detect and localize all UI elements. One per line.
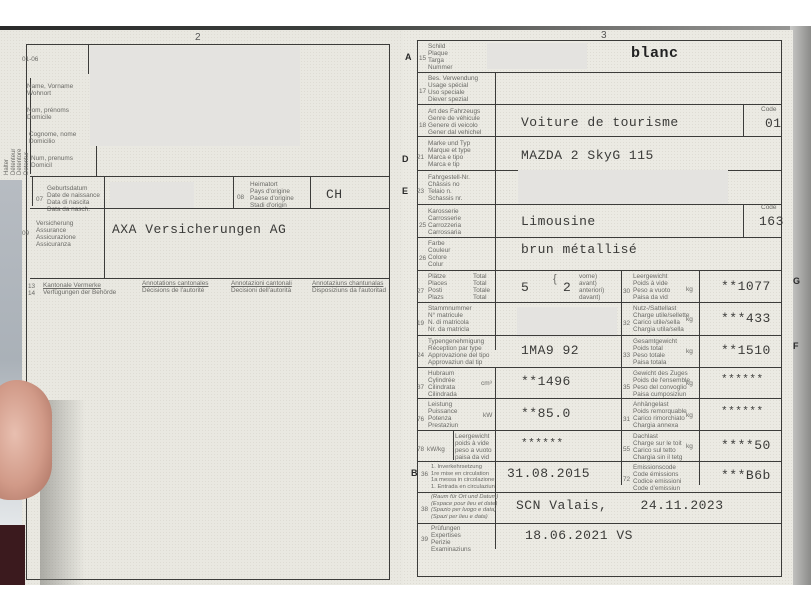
make-label: Marke und Typ Marque et type Marca e tip… (428, 140, 471, 168)
power-weight-label: Leergewicht poids à vide peso a vuoto pa… (455, 433, 492, 461)
matriculation-redacted (517, 307, 617, 337)
emission-code-num: 72 (623, 476, 630, 483)
unit-cm3: cm³ (481, 380, 492, 387)
make-model-value: MAZDA 2 SkyG 115 (521, 148, 654, 163)
total-weight-label: Gesamtgewicht Poids total Peso totale Pa… (633, 338, 677, 366)
matriculation-num: 19 (417, 320, 424, 327)
thumb (0, 380, 52, 500)
empty-weight-value: **1077 (721, 279, 771, 294)
seats-front-label: vorne) avant) anteriori) davant) (579, 273, 604, 301)
margin-letter-e: E (402, 186, 408, 196)
unit-kg: kg (686, 380, 693, 387)
background-top (0, 0, 811, 26)
empty-weight-num: 30 (623, 288, 630, 295)
name-label-rm: Num, prenums Domicil (31, 155, 73, 169)
seats-total-value: 5 (521, 280, 529, 295)
margin-letter-g: G (793, 276, 800, 286)
body-code-label: Code (761, 204, 777, 211)
field-01-label: 01-06 (22, 56, 38, 63)
power-weight-value: ****** (521, 438, 564, 450)
trailer-weight-num: 31 (623, 416, 630, 423)
annotation-rm-sub: Disposiziuns da l'autoritad (312, 287, 386, 294)
unit-kg: kg (686, 286, 693, 293)
seats-front-value: 2 (563, 280, 571, 295)
power-weight-num: 78 (417, 446, 424, 453)
make-num: 21 (417, 154, 424, 161)
place-date-label: (Raum für Ort und Datum) (Espace pour li… (431, 494, 498, 520)
train-weight-num: 35 (623, 384, 630, 391)
unit-kg: kg (686, 412, 693, 419)
matriculation-label: Stammnummer N° matricule N. di matricola… (428, 305, 472, 333)
seats-label: Plätze Places Posti Plazs (428, 273, 447, 301)
vehicle-type-value: Voiture de tourisme (521, 115, 679, 130)
insurance-num: 09 (22, 230, 29, 237)
body-value: Limousine (521, 214, 596, 229)
chassis-num: 23 (417, 188, 424, 195)
payload-value: ***433 (721, 311, 771, 326)
margin-letter-a: A (405, 52, 412, 62)
emission-code-value: ***B6b (721, 468, 771, 483)
unit-kg: kg (686, 348, 693, 355)
color-num: 26 (419, 255, 426, 262)
type-approval-label: Typengenehmigung Réception par type Appr… (428, 338, 489, 366)
margin-letter-b: B (411, 468, 418, 478)
vehicle-type-num: 18 (419, 122, 426, 129)
background-right (790, 26, 811, 586)
vehicle-type-code-label: Code (761, 106, 777, 113)
body-num: 25 (419, 222, 426, 229)
seats-brace: { (553, 275, 557, 284)
origin-value: CH (326, 187, 343, 202)
trailer-weight-label: Anhängelast Poids remorquable Carico rim… (633, 401, 687, 429)
name-label-fr: Nom, prénoms Domicile (27, 107, 69, 121)
birth-num: 07 (36, 196, 43, 203)
plate-label: Schild Plaque Targa Nummer (428, 43, 453, 71)
name-label-it: Cognome, nome Domicilio (29, 131, 76, 145)
type-approval-value: 1MA9 92 (521, 343, 579, 358)
page-right-vehicle: 3 A 15 Schild Plaque Targa Nummer blanc … (403, 30, 793, 586)
roof-load-num: 55 (623, 446, 630, 453)
train-weight-label: Gewicht des Zuges Poids de l'ensemble Pe… (633, 370, 690, 398)
trailer-weight-value: ****** (721, 406, 764, 418)
holder-side-label-2: Detentore Detentur (17, 149, 31, 175)
annotation-fr-sub: Décisions de l'autorité (142, 287, 204, 294)
color-label: Farbe Couleur Colore Colur (428, 240, 450, 268)
unit-kw: kW (483, 412, 492, 419)
inspections-label: Prüfungen Expertises Perizie Examinaziun… (431, 525, 471, 553)
insurance-value: AXA Versicherungen AG (112, 222, 286, 237)
power-num: 76 (417, 416, 424, 423)
page-number-left: 2 (195, 32, 201, 43)
seats-num: 27 (417, 288, 424, 295)
chassis-label: Fahrgestell-Nr. Châssis no Telaio n. Sch… (428, 174, 470, 202)
displacement-value: **1496 (521, 374, 571, 389)
margin-letter-f: F (793, 341, 799, 351)
inspections-value: 18.06.2021 VS (525, 528, 633, 543)
annotation-it-title: Annotazioni cantonali (231, 280, 292, 287)
annotations-num-13: 13 (28, 283, 35, 290)
vehicle-type-code: 01 (765, 116, 782, 131)
background-bottom (0, 585, 811, 608)
chassis-number-redacted (518, 170, 728, 204)
first-registration-num: 36 (421, 471, 428, 478)
plate-num: 15 (419, 55, 426, 62)
vehicle-type-label: Art des Fahrzeugs Genre de véhicule Gene… (428, 108, 481, 136)
color-value: brun métallisé (521, 242, 637, 257)
power-weight-left-label: kW/kg (427, 446, 445, 453)
special-use-num: 17 (419, 88, 426, 95)
place-date-value: SCN Valais, 24.11.2023 (516, 498, 724, 513)
total-weight-num: 33 (623, 352, 630, 359)
annotations-num-14: 14 (28, 290, 35, 297)
body-label: Karosserie Carrosserie Carrozzeria Carro… (428, 208, 461, 236)
payload-label: Nutz-/Sattellast Charge utile/sellette C… (633, 305, 689, 333)
holder-side-label: Halter Détenteur (4, 149, 18, 175)
place-date-num: 38 (421, 506, 428, 513)
power-label: Leistung Puissance Potenza Prestaziun (428, 401, 458, 429)
birth-date-redacted (110, 182, 194, 208)
insurance-label: Versicherung Assurance Assicurazione Ass… (36, 220, 76, 248)
name-label-de: Name, Vorname Wohnort (27, 83, 73, 97)
unit-kg: kg (686, 316, 693, 323)
total-weight-value: **1510 (721, 343, 771, 358)
annotation-de-sub: Verfügungen der Behörde (43, 289, 116, 296)
margin-letter-d: D (402, 154, 409, 164)
special-use-label: Bes. Verwendung Usage spécial Uso specia… (428, 75, 478, 103)
type-approval-num: 24 (417, 352, 424, 359)
roof-load-label: Dachlast Charge sur le toit Carico sul t… (633, 433, 682, 461)
background-dark-corner (0, 525, 25, 587)
roof-load-value: ****50 (721, 438, 771, 453)
emission-code-label: Emissionscode Code émissions Codice emis… (633, 464, 681, 492)
plate-type-value: blanc (631, 45, 679, 62)
first-registration-value: 31.08.2015 (507, 466, 590, 481)
empty-weight-label: Leergewicht Poids à vide Peso a vuoto Pa… (633, 273, 670, 301)
plate-number-redacted (487, 43, 587, 69)
first-registration-label: 1. Inverkehrsetzung 1re mise en circulat… (431, 464, 495, 490)
origin-num: 08 (237, 194, 244, 201)
annotation-fr-title: Annotations cantonales (142, 280, 208, 287)
annotation-rm-title: Annotaziuns chantunalas (312, 280, 383, 287)
payload-num: 32 (623, 320, 630, 327)
train-weight-value: ****** (721, 374, 764, 386)
unit-kg: kg (686, 443, 693, 450)
seats-total-label: Total Total Totale Total (473, 273, 490, 301)
annotation-it-sub: Decisioni dell'autorità (231, 287, 291, 294)
origin-label: Heimatort Pays d'origine Paese d'origine… (250, 181, 294, 209)
body-code: 163 (759, 214, 784, 229)
inspections-num: 39 (421, 536, 428, 543)
displacement-num: 37 (417, 384, 424, 391)
power-value: **85.0 (521, 406, 571, 421)
displacement-label: Hubraum Cylindrée Cilindrata Cilindrada (428, 370, 457, 398)
annotation-de-title: Kantonale Vermerke (43, 282, 101, 289)
holder-name-redacted (90, 46, 300, 146)
